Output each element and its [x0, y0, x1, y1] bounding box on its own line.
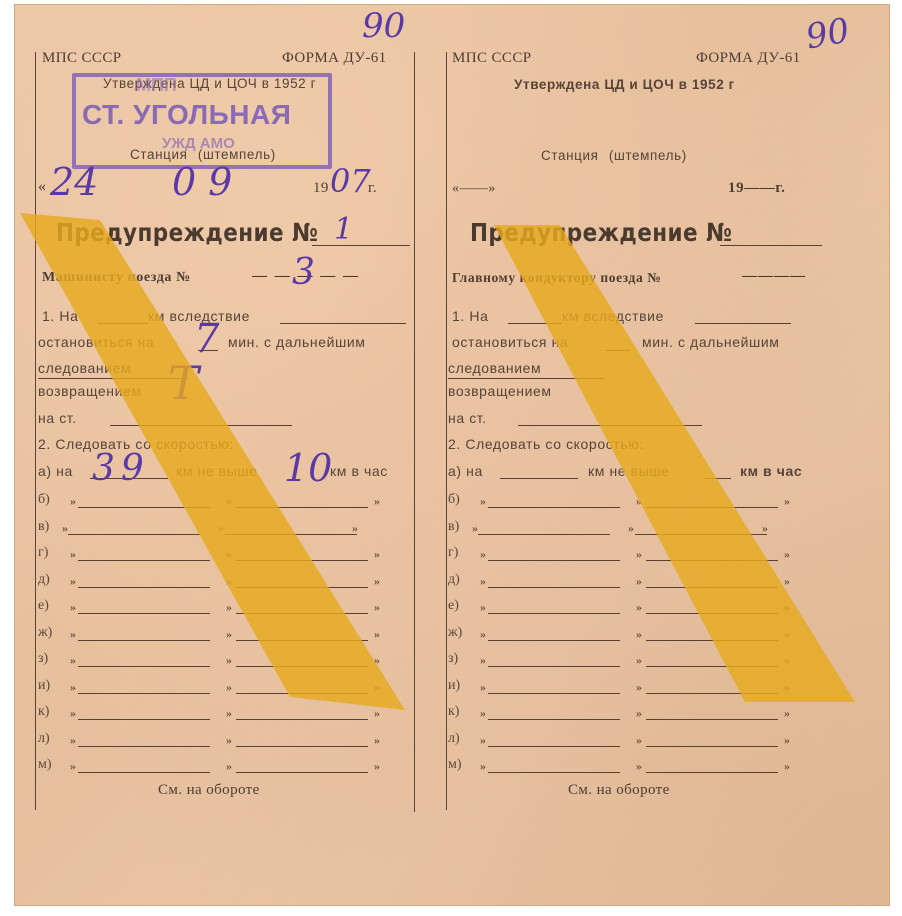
row-a-km: 39: [92, 448, 150, 489]
item2-row-a-mid: км не выше: [176, 463, 258, 479]
ditto-mark: »: [784, 494, 790, 509]
stamp-line-1: МПП: [136, 75, 177, 96]
ditto-mark: »: [218, 521, 224, 536]
row-blank-1: [68, 534, 200, 535]
row-letter: д): [38, 572, 50, 588]
ditto-mark: »: [636, 627, 642, 642]
row-letter: м): [448, 757, 462, 773]
row-blank-2: [646, 560, 778, 561]
row-blank-1: [488, 746, 620, 747]
ditto-mark: »: [226, 547, 232, 562]
row-blank-2: [646, 666, 778, 667]
row-letter: з): [38, 651, 48, 667]
ditto-mark: »: [784, 759, 790, 774]
item2-row-a-prefix: а) на: [38, 463, 73, 479]
ditto-mark: »: [352, 521, 358, 536]
ditto-mark: »: [226, 706, 232, 721]
row-blank-1: [488, 640, 620, 641]
item1-line5: на ст.: [38, 410, 77, 426]
row-blank-1: [488, 587, 620, 588]
row-letter: к): [448, 704, 459, 720]
ditto-mark: »: [374, 680, 380, 695]
ditto-mark: »: [784, 574, 790, 589]
ditto-mark: »: [226, 494, 232, 509]
ditto-mark: »: [480, 574, 486, 589]
station-blank: [518, 425, 702, 426]
ditto-mark: »: [784, 547, 790, 562]
reason-blank: [280, 323, 406, 324]
km-blank: [508, 323, 562, 324]
row-blank-2: [646, 507, 778, 508]
addressee-label: Машинисту поезда №: [42, 270, 191, 286]
minutes-blank: [606, 350, 630, 351]
row-blank-1: [488, 772, 620, 773]
row-blank-2: [236, 666, 368, 667]
km-blank: [98, 323, 148, 324]
row-letter: в): [448, 519, 459, 535]
form-code: ФОРМА ДУ-61: [696, 50, 801, 67]
station-blank: [110, 425, 292, 426]
ditto-mark: »: [784, 680, 790, 695]
item2-row-a-suffix: км в час: [330, 463, 388, 479]
ditto-mark: »: [374, 574, 380, 589]
item1-line2: остановиться на: [452, 334, 568, 350]
ditto-mark: »: [70, 574, 76, 589]
row-blank-2: [236, 772, 368, 773]
right-warning-form: МПС СССР ФОРМА ДУ-61 Утверждена ЦД и ЦОЧ…: [410, 0, 902, 916]
row-blank-2: [236, 640, 368, 641]
row-blank-1: [78, 507, 210, 508]
item1-line2b: мин. с дальнейшим: [642, 334, 779, 350]
year-placeholder: 19——г.: [728, 180, 785, 197]
ditto-mark: »: [784, 600, 790, 615]
year-prefix: 19: [313, 180, 329, 197]
row-blank-1: [488, 719, 620, 720]
row-blank-2: [635, 534, 767, 535]
row-a-speed-blank: [705, 478, 731, 479]
row-a-speed: 10: [284, 446, 332, 490]
ditto-mark: »: [636, 706, 642, 721]
item1-line1a: 1. На: [452, 308, 488, 324]
row-blank-1: [78, 666, 210, 667]
ditto-mark: »: [226, 574, 232, 589]
row-blank-1: [78, 640, 210, 641]
row-blank-2: [225, 534, 357, 535]
row-letter: б): [448, 492, 460, 508]
row-blank-2: [236, 560, 368, 561]
row-a-km-blank: [500, 478, 578, 479]
ditto-mark: »: [226, 653, 232, 668]
ditto-mark: »: [636, 600, 642, 615]
approval-note: Утверждена ЦД и ЦОЧ в 1952 г: [514, 77, 735, 92]
item1-line5: на ст.: [448, 410, 487, 426]
ministry-label: МПС СССР: [42, 50, 121, 67]
train-number-dashes: ————: [742, 268, 806, 285]
ditto-mark: »: [480, 627, 486, 642]
ditto-mark: »: [480, 653, 486, 668]
row-blank-1: [78, 560, 210, 561]
ditto-mark: »: [226, 600, 232, 615]
ditto-mark: »: [70, 706, 76, 721]
ditto-mark: »: [480, 706, 486, 721]
row-letter: з): [448, 651, 458, 667]
item1-line1b: км вследствие: [562, 308, 664, 324]
row-letter: ж): [38, 625, 52, 641]
ministry-label: МПС СССР: [452, 50, 531, 67]
ditto-mark: »: [480, 600, 486, 615]
right-sheet-number: 90: [803, 11, 853, 58]
right-form-left-border: [446, 52, 447, 810]
row-letter: б): [38, 492, 50, 508]
ditto-mark: »: [784, 653, 790, 668]
form-code: ФОРМА ДУ-61: [282, 50, 387, 67]
item1-line1a: 1. На: [42, 308, 78, 324]
ditto-mark: »: [374, 759, 380, 774]
ditto-mark: »: [636, 494, 642, 509]
row-letter: е): [38, 598, 49, 614]
row-letter: г): [38, 545, 48, 561]
row-blank-2: [646, 772, 778, 773]
ditto-mark: »: [374, 733, 380, 748]
ditto-mark: »: [762, 521, 768, 536]
item1-line2: остановиться на: [38, 334, 154, 350]
stop-note: Т: [168, 356, 199, 410]
item1-line4: возвращением: [38, 383, 142, 399]
item2-row-a-suffix: км в час: [740, 463, 802, 479]
row-blank-1: [478, 534, 610, 535]
row-blank-2: [236, 613, 368, 614]
row-letter: м): [38, 757, 52, 773]
warning-title: Предупреждение №: [470, 218, 732, 247]
ditto-mark: »: [480, 680, 486, 695]
ditto-mark: »: [784, 706, 790, 721]
ditto-mark: »: [70, 600, 76, 615]
ditto-mark: »: [480, 547, 486, 562]
row-letter: л): [448, 731, 460, 747]
item1-line4: возвращением: [448, 383, 552, 399]
row-blank-2: [236, 693, 368, 694]
ditto-mark: »: [374, 547, 380, 562]
warning-number-line: [720, 245, 822, 246]
row-letter: д): [448, 572, 460, 588]
station-stamp-label: Станция (штемпель): [541, 148, 687, 163]
following-underline: [448, 378, 604, 379]
ditto-mark: »: [70, 547, 76, 562]
row-letter: к): [38, 704, 49, 720]
ditto-mark: »: [374, 627, 380, 642]
row-blank-2: [646, 640, 778, 641]
left-border-line: [35, 52, 36, 810]
see-reverse-note: См. на обороте: [158, 782, 260, 799]
warning-title: Предупреждение №: [56, 218, 318, 247]
row-blank-1: [78, 772, 210, 773]
date-day: 24: [50, 160, 98, 204]
ditto-mark: »: [636, 759, 642, 774]
ditto-mark: »: [636, 547, 642, 562]
ditto-mark: »: [628, 521, 634, 536]
row-blank-2: [646, 746, 778, 747]
row-blank-1: [78, 693, 210, 694]
ditto-mark: »: [374, 706, 380, 721]
row-letter: в): [38, 519, 49, 535]
warning-number-line: [312, 245, 410, 246]
row-letter: г): [448, 545, 458, 561]
ditto-mark: »: [636, 680, 642, 695]
row-letter: ж): [448, 625, 462, 641]
row-blank-2: [646, 719, 778, 720]
ditto-mark: »: [226, 627, 232, 642]
ditto-mark: »: [374, 494, 380, 509]
row-blank-1: [78, 746, 210, 747]
ditto-mark: »: [70, 680, 76, 695]
date-month: 09: [172, 160, 244, 204]
item1-line3: следованием: [448, 360, 541, 376]
row-blank-1: [78, 719, 210, 720]
addressee-label: Главному кондуктору поезда №: [452, 270, 661, 286]
reason-blank: [695, 323, 791, 324]
left-warning-form: МПС СССР ФОРМА ДУ-61 Утверждена ЦД и ЦОЧ…: [0, 0, 440, 916]
row-blank-2: [646, 693, 778, 694]
ditto-mark: »: [70, 627, 76, 642]
row-blank-2: [236, 587, 368, 588]
item1-line3: следованием: [38, 360, 131, 376]
item2-heading: 2. Следовать со скоростью:: [448, 436, 644, 452]
ditto-mark: »: [480, 494, 486, 509]
row-blank-1: [488, 693, 620, 694]
ditto-mark: »: [784, 627, 790, 642]
ditto-mark: »: [70, 494, 76, 509]
row-blank-2: [646, 587, 778, 588]
ditto-mark: »: [480, 759, 486, 774]
row-blank-1: [488, 613, 620, 614]
ditto-mark: »: [70, 733, 76, 748]
row-letter: л): [38, 731, 50, 747]
row-blank-2: [236, 507, 368, 508]
warning-number: 1: [334, 212, 353, 247]
row-blank-1: [488, 560, 620, 561]
left-sheet-number: 90: [362, 6, 405, 46]
ditto-mark: »: [480, 733, 486, 748]
ditto-mark: »: [226, 759, 232, 774]
row-blank-1: [488, 666, 620, 667]
train-number: 3: [292, 252, 315, 293]
following-underline: [38, 378, 188, 379]
date-placeholder: «——»: [452, 181, 496, 197]
item2-row-a-mid: км не выше: [588, 463, 670, 479]
item1-line2b: мин. с дальнейшим: [228, 334, 365, 350]
ditto-mark: »: [226, 733, 232, 748]
ditto-mark: »: [636, 653, 642, 668]
year-label: г.: [368, 180, 377, 197]
row-blank-1: [78, 613, 210, 614]
date-year: 07: [330, 162, 371, 200]
row-blank-1: [488, 507, 620, 508]
ditto-mark: »: [636, 574, 642, 589]
row-letter: е): [448, 598, 459, 614]
see-reverse-note: См. на обороте: [568, 782, 670, 799]
row-letter: и): [38, 678, 50, 694]
ditto-mark: »: [70, 653, 76, 668]
ditto-mark: »: [374, 600, 380, 615]
row-letter: и): [448, 678, 460, 694]
ditto-mark: »: [70, 759, 76, 774]
ditto-mark: »: [226, 680, 232, 695]
stamp-station-name: СТ. УГОЛЬНАЯ: [82, 99, 291, 131]
row-blank-2: [236, 719, 368, 720]
row-blank-1: [78, 587, 210, 588]
ditto-mark: »: [636, 733, 642, 748]
ditto-mark: »: [784, 733, 790, 748]
item2-row-a-prefix: а) на: [448, 463, 483, 479]
ditto-mark: »: [374, 653, 380, 668]
row-blank-2: [236, 746, 368, 747]
date-open-quote: «: [38, 178, 46, 196]
row-blank-2: [646, 613, 778, 614]
